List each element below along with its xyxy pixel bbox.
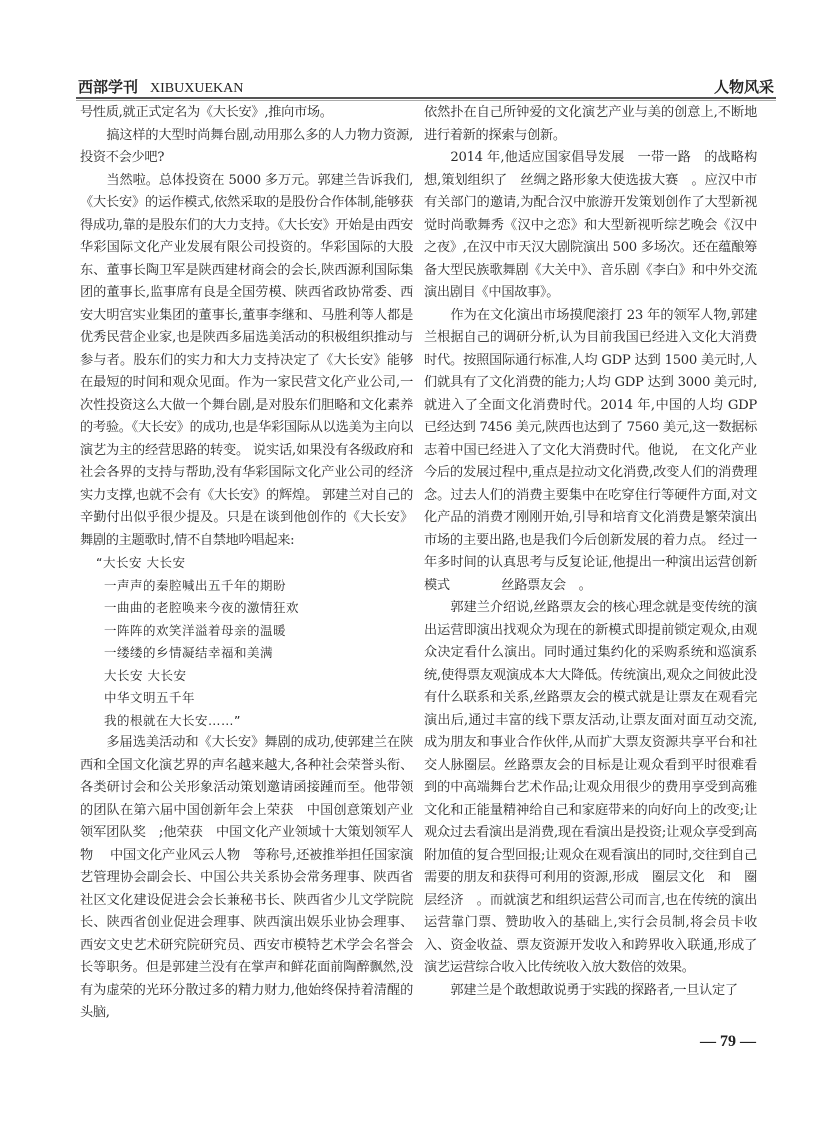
paragraph: 郭建兰介绍说,丝路票友会的核心理念就是变传统的演出运营即演出找观众为现在的新模式… — [424, 597, 757, 980]
lyric-line: 中华文明五千年 — [104, 687, 413, 710]
song-lyrics: “大长安 大长安 一声声的秦腔喊出五千年的期盼 一曲曲的老腔唤来今夜的激情狂欢 … — [80, 552, 413, 732]
lyric-line: 一曲曲的老腔唤来今夜的激情狂欢 — [104, 597, 413, 620]
paragraph: 多届选美活动和《大长安》舞剧的成功,使郭建兰在陕西和全国文化演艺界的声名越来越大… — [80, 732, 413, 1025]
left-column: 号性质,就正式定名为《大长安》,推向市场。 搞这样的大型时尚舞台剧,动用那么多的… — [80, 102, 413, 1025]
lyric-line: 一声声的秦腔喊出五千年的期盼 — [104, 575, 413, 598]
paragraph: 2014 年,他适应国家倡导发展 一带一路 的战略构想,策划组织了 丝绸之路形象… — [424, 147, 757, 305]
right-column: 依然扑在自己所钟爱的文化演艺产业与美的创意上,不断地进行着新的探索与创新。 20… — [424, 102, 757, 1002]
section-title: 人物风采 — [714, 76, 774, 97]
paragraph: 作为在文化演出市场摸爬滚打 23 年的领军人物,郭建兰根据自己的调研分析,认为目… — [424, 305, 757, 598]
lyric-line: 大长安 大长安 — [104, 665, 413, 688]
header-rule — [76, 97, 776, 99]
journal-title: 西部学刊XIBUXUEKAN — [78, 76, 243, 97]
paragraph: 号性质,就正式定名为《大长安》,推向市场。 — [80, 102, 413, 125]
lyric-line: 我的根就在大长安……” — [104, 710, 413, 733]
lyric-line: 一阵阵的欢笑洋溢着母亲的温暖 — [104, 620, 413, 643]
paragraph: 当然啦。总体投资在 5000 多万元。郭建兰告诉我们,《大长安》的运作模式,依然… — [80, 170, 413, 553]
header-rule-thin — [76, 100, 776, 101]
paragraph: 搞这样的大型时尚舞台剧,动用那么多的人力物力资源,投资不会少吧? — [80, 125, 413, 170]
running-header: 西部学刊XIBUXUEKAN 人物风采 — [76, 76, 776, 98]
lyric-line: “大长安 大长安 — [96, 552, 413, 575]
paragraph: 郭建兰是个敢想敢说勇于实践的探路者,一旦认定了 — [424, 980, 757, 1003]
lyric-line: 一缕缕的乡情凝结幸福和美满 — [104, 642, 413, 665]
journal-name-en: XIBUXUEKAN — [150, 81, 243, 96]
page-number: — 79 — — [700, 1033, 756, 1051]
journal-name-cn: 西部学刊 — [78, 78, 138, 96]
paragraph: 依然扑在自己所钟爱的文化演艺产业与美的创意上,不断地进行着新的探索与创新。 — [424, 102, 757, 147]
